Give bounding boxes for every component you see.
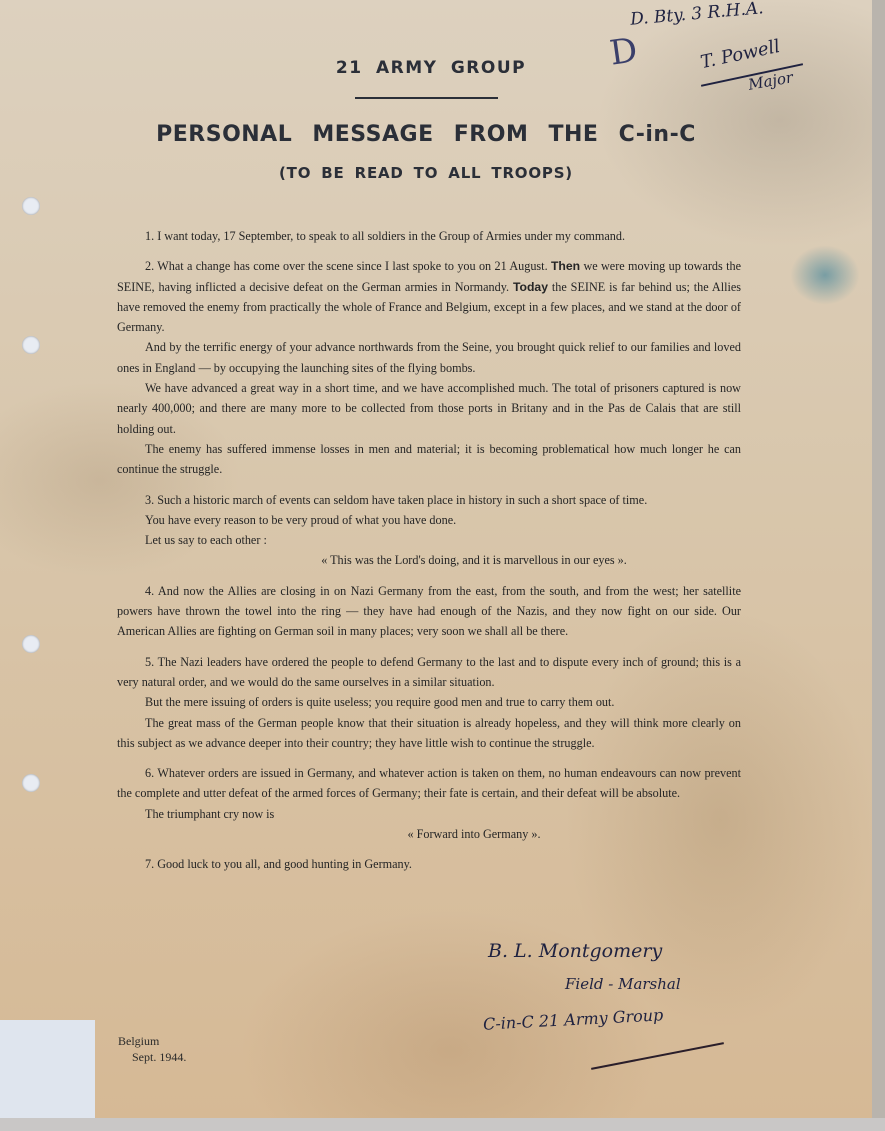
message-body: 1. I want today, 17 September, to speak …	[117, 226, 741, 875]
paragraph-2-2: And by the terrific energy of your advan…	[117, 337, 741, 378]
page-subtitle: (TO BE READ TO ALL TROOPS)	[0, 164, 862, 182]
quote-lords-doing: « This was the Lord's doing, and it is m…	[117, 550, 741, 570]
paragraph-2-3: We have advanced a great way in a short …	[117, 378, 741, 439]
footer-place-date: Belgium Sept. 1944.	[118, 1033, 186, 1065]
punch-hole	[22, 774, 40, 792]
signature-role: C-in-C 21 Army Group	[483, 1005, 664, 1033]
footer-date: Sept. 1944.	[118, 1049, 186, 1065]
paragraph-5-2: But the mere issuing of orders is quite …	[117, 692, 741, 712]
paragraph-1: 1. I want today, 17 September, to speak …	[117, 226, 741, 246]
paragraph-7: 7. Good luck to you all, and good huntin…	[117, 854, 741, 874]
heading-divider	[355, 97, 498, 99]
document-page: 21 ARMY GROUP PERSONAL MESSAGE FROM THE …	[0, 0, 872, 1120]
paragraph-2: 2. What a change has come over the scene…	[117, 256, 741, 337]
handwritten-unit: D. Bty. 3 R.H.A.	[629, 0, 764, 30]
handwritten-letter: D	[607, 30, 640, 73]
paragraph-2-4: The enemy has suffered immense losses in…	[117, 439, 741, 480]
emphasis-then: Then	[551, 259, 580, 273]
paragraph-5: 5. The Nazi leaders have ordered the peo…	[117, 652, 741, 693]
signature-underline	[591, 1042, 724, 1070]
text-run: 2. What a change has come over the scene…	[145, 259, 551, 273]
signature-rank: Field - Marshal	[565, 975, 681, 993]
punch-hole	[22, 635, 40, 653]
paragraph-6-2: The triumphant cry now is	[117, 804, 741, 824]
punch-hole	[22, 336, 40, 354]
ink-stain	[790, 245, 860, 305]
paragraph-5-3: The great mass of the German people know…	[117, 713, 741, 754]
paragraph-3-3: Let us say to each other :	[117, 530, 741, 550]
emphasis-today: Today	[513, 280, 548, 294]
paragraph-6: 6. Whatever orders are issued in Germany…	[117, 763, 741, 804]
paragraph-3-2: You have every reason to be very proud o…	[117, 510, 741, 530]
signature-name: B. L. Montgomery	[488, 940, 662, 962]
paragraph-3: 3. Such a historic march of events can s…	[117, 490, 741, 510]
torn-corner	[0, 1020, 95, 1131]
footer-place: Belgium	[118, 1033, 186, 1049]
paragraph-4: 4. And now the Allies are closing in on …	[117, 581, 741, 642]
background-surface	[0, 1118, 885, 1131]
quote-forward: « Forward into Germany ».	[117, 824, 741, 844]
punch-hole	[22, 197, 40, 215]
page-title: PERSONAL MESSAGE FROM THE C-in-C	[0, 122, 862, 147]
